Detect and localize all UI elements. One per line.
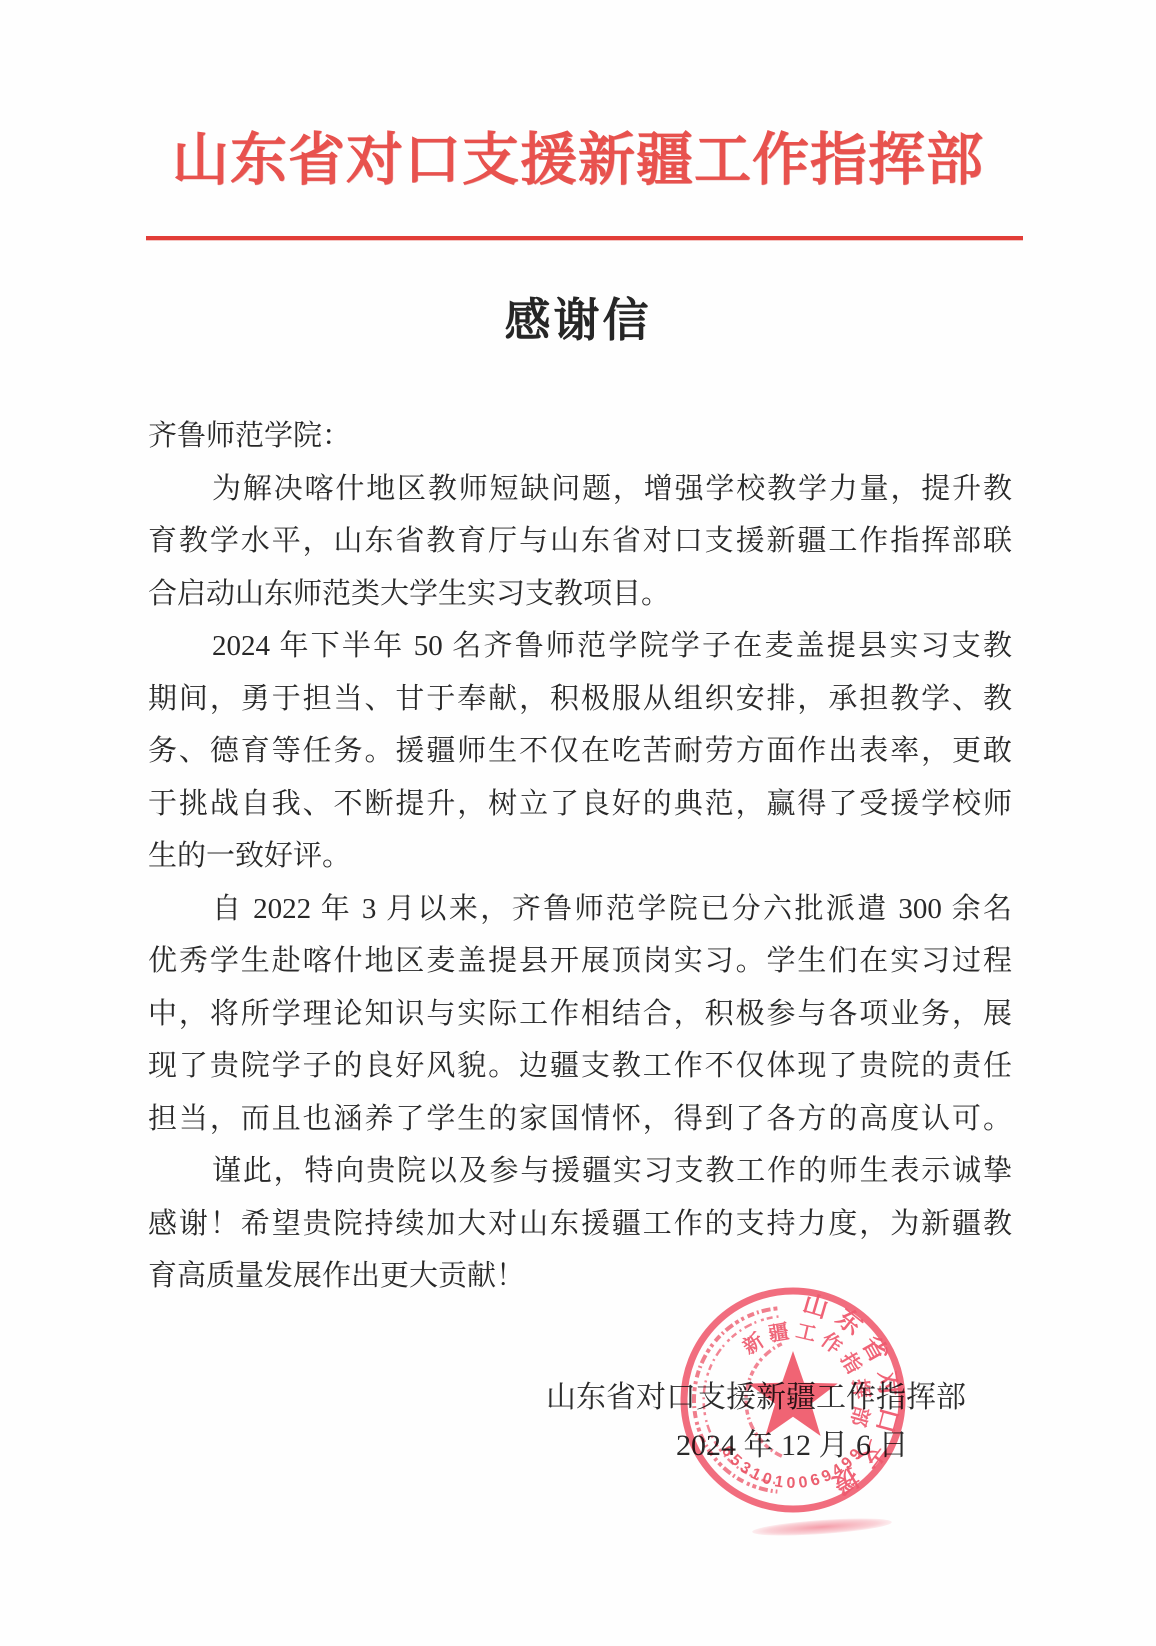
body-line: 育教学水平，山东省教育厅与山东省对口支援新疆工作指挥部联 (148, 515, 1012, 568)
body-line: 期间，勇于担当、甘于奉献，积极服从组织安排，承担教学、教 (148, 673, 1012, 726)
body-line: 自 2022 年 3 月以来，齐鲁师范学院已分六批派遣 300 余名 (148, 883, 1012, 936)
body-line: 现了贵院学子的良好风貌。边疆支教工作不仅体现了贵院的责任 (148, 1040, 1012, 1093)
body-line: 谨此，特向贵院以及参与援疆实习支教工作的师生表示诚挚 (148, 1145, 1012, 1198)
body-line: 合启动山东师范类大学生实习支教项目。 (148, 568, 1012, 621)
body-line: 为解决喀什地区教师短缺问题，增强学校教学力量，提升教 (148, 463, 1012, 516)
body-line: 于挑战自我、不断提升，树立了良好的典范，赢得了受援学校师 (148, 778, 1012, 831)
body-line: 齐鲁师范学院： (148, 410, 1012, 463)
official-seal: 山东省对口支援 新疆工作指挥部 6531010069499 (678, 1285, 908, 1515)
body-line: 务、德育等任务。援疆师生不仅在吃苦耐劳方面作出表率，更敢 (148, 725, 1012, 778)
body-line: 感谢！希望贵院持续加大对山东援疆工作的支持力度，为新疆教 (148, 1198, 1012, 1251)
seal-star-icon (748, 1351, 837, 1436)
letter-page: 山东省对口支援新疆工作指挥部 感谢信 齐鲁师范学院：为解决喀什地区教师短缺问题，… (0, 0, 1156, 1646)
letterhead-title: 山东省对口支援新疆工作指挥部 (0, 126, 1156, 196)
letter-body: 齐鲁师范学院：为解决喀什地区教师短缺问题，增强学校教学力量，提升教育教学水平，山… (148, 410, 1012, 1303)
letter-title: 感谢信 (0, 294, 1156, 348)
body-line: 2024 年下半年 50 名齐鲁师范学院学子在麦盖提县实习支教 (148, 620, 1012, 673)
body-line: 担当，而且也涵养了学生的家国情怀，得到了各方的高度认可。 (148, 1093, 1012, 1146)
body-line: 优秀学生赴喀什地区麦盖提县开展顶岗实习。学生们在实习过程 (148, 935, 1012, 988)
letterhead-rule (146, 236, 1023, 240)
seal-ink-smudge (752, 1515, 893, 1539)
body-line: 生的一致好评。 (148, 830, 1012, 883)
body-line: 中，将所学理论知识与实际工作相结合，积极参与各项业务，展 (148, 988, 1012, 1041)
